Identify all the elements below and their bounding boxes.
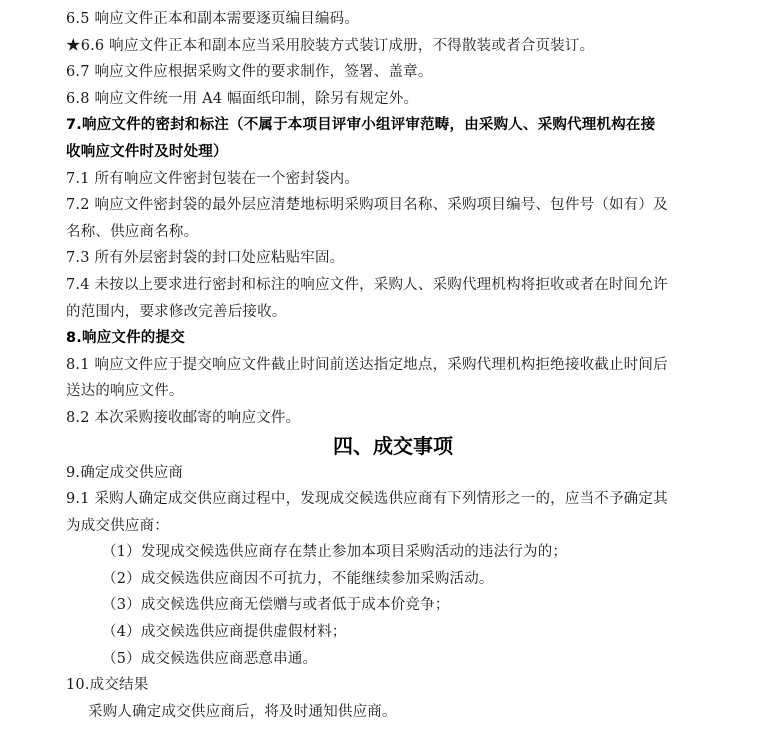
section-10-title: 10.成交结果 (66, 672, 720, 699)
section-7-title-line1: 7.响应文件的密封和标注（不属于本项目评审小组评审范畴，由采购人、采购代理机构在… (66, 112, 720, 139)
clause-8-2: 8.2 本次采购接收邮寄的响应文件。 (66, 405, 720, 432)
list-item: （1）发现成交候选供应商存在禁止参加本项目采购活动的违法行为的； (66, 539, 720, 566)
section-8-title: 8.响应文件的提交 (66, 325, 720, 352)
clause-9-1-line1: 9.1 采购人确定成交供应商过程中，发现成交候选供应商有下列情形之一的，应当不予… (66, 486, 720, 513)
clause-8-1-line1: 8.1 响应文件应于提交响应文件截止时间前送达指定地点，采购代理机构拒绝接收截止… (66, 352, 720, 379)
list-item: （4）成交候选供应商提供虚假材料； (66, 619, 720, 646)
clause-7-4-line2: 的范围内，要求修改完善后接收。 (66, 299, 720, 326)
clause-7-2-line2: 名称、供应商名称。 (66, 219, 720, 246)
clause-7-4-line1: 7.4 未按以上要求进行密封和标注的响应文件，采购人、采购代理机构将拒收或者在时… (66, 272, 720, 299)
clause-6-6-starred: ★6.6 响应文件正本和副本应当采用胶装方式装订成册，不得散装或者合页装订。 (66, 33, 720, 60)
list-item: （3）成交候选供应商无偿赠与或者低于成本价竞争； (66, 592, 720, 619)
list-item: （2）成交候选供应商因不可抗力，不能继续参加采购活动。 (66, 566, 720, 593)
document-page: 6.5 响应文件正本和副本需要逐页编目编码。 ★6.6 响应文件正本和副本应当采… (66, 0, 720, 725)
clause-6-8: 6.8 响应文件统一用 A4 幅面纸印制，除另有规定外。 (66, 86, 720, 113)
section-10-body: 采购人确定成交供应商后，将及时通知供应商。 (66, 699, 720, 726)
section-7-title-line2: 收响应文件时及时处理） (66, 139, 720, 166)
clause-9-1-line2: 为成交供应商： (66, 513, 720, 540)
clause-7-3: 7.3 所有外层密封袋的封口处应粘贴牢固。 (66, 245, 720, 272)
section-9-title: 9.确定成交供应商 (66, 460, 720, 487)
clause-6-7: 6.7 响应文件应根据采购文件的要求制作，签署、盖章。 (66, 59, 720, 86)
list-item: （5）成交候选供应商恶意串通。 (66, 646, 720, 673)
clause-7-2-line1: 7.2 响应文件密封袋的最外层应清楚地标明采购项目名称、采购项目编号、包件号（如… (66, 192, 720, 219)
clause-6-5: 6.5 响应文件正本和副本需要逐页编目编码。 (66, 6, 720, 33)
clause-7-1: 7.1 所有响应文件密封包装在一个密封袋内。 (66, 166, 720, 193)
clause-8-1-line2: 送达的响应文件。 (66, 378, 720, 405)
chapter-4-heading: 四、成交事项 (66, 432, 720, 460)
